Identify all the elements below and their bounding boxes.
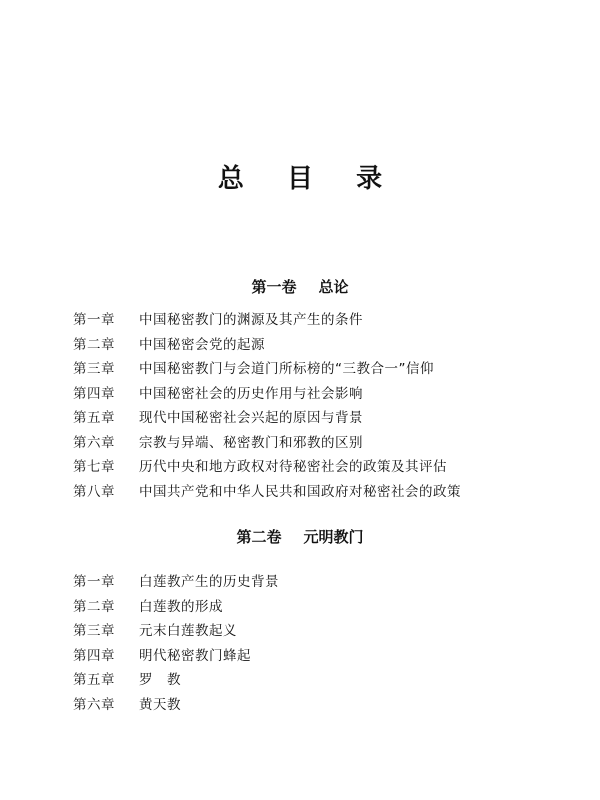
chapter-number: 第六章: [73, 431, 139, 456]
volume-heading-2: 第二卷元明教门: [0, 526, 600, 547]
chapter-item[interactable]: 第三章元末白莲教起义: [73, 619, 279, 644]
chapter-title: 现代中国秘密社会兴起的原因与背景: [139, 410, 363, 426]
chapter-title: 元末白莲教起义: [139, 623, 237, 639]
chapter-number: 第五章: [73, 668, 139, 693]
chapter-number: 第五章: [73, 406, 139, 431]
chapter-number: 第七章: [73, 455, 139, 480]
chapter-number: 第八章: [73, 480, 139, 505]
title-char: 总: [218, 158, 244, 195]
chapter-number: 第一章: [73, 308, 139, 333]
chapter-item[interactable]: 第六章黄天教: [73, 693, 279, 718]
chapter-title: 宗教与异端、秘密教门和邪教的区别: [139, 435, 363, 451]
volume-heading-1: 第一卷总论: [0, 276, 600, 297]
chapter-number: 第三章: [73, 619, 139, 644]
chapter-item[interactable]: 第五章现代中国秘密社会兴起的原因与背景: [73, 406, 461, 431]
chapter-title: 中国秘密会党的起源: [139, 337, 265, 353]
volume-1-chapter-list: 第一章中国秘密教门的渊源及其产生的条件 第二章中国秘密会党的起源 第三章中国秘密…: [73, 308, 461, 504]
chapter-item[interactable]: 第一章中国秘密教门的渊源及其产生的条件: [73, 308, 461, 333]
page-title: 总 目 录: [0, 158, 600, 195]
title-char: 录: [356, 158, 382, 195]
volume-name: 元明教门: [304, 528, 364, 546]
chapter-title: 罗 教: [139, 672, 181, 688]
chapter-item[interactable]: 第四章明代秘密教门蜂起: [73, 644, 279, 669]
chapter-title: 白莲教的形成: [139, 599, 223, 615]
chapter-number: 第四章: [73, 382, 139, 407]
chapter-number: 第二章: [73, 333, 139, 358]
chapter-title: 中国秘密教门与会道门所标榜的“三教合一”信仰: [139, 361, 434, 377]
chapter-item[interactable]: 第八章中国共产党和中华人民共和国政府对秘密社会的政策: [73, 480, 461, 505]
volume-number: 第二卷: [236, 528, 281, 546]
chapter-item[interactable]: 第六章宗教与异端、秘密教门和邪教的区别: [73, 431, 461, 456]
chapter-title: 黄天教: [139, 697, 181, 713]
chapter-number: 第三章: [73, 357, 139, 382]
chapter-item[interactable]: 第二章中国秘密会党的起源: [73, 333, 461, 358]
chapter-title: 中国共产党和中华人民共和国政府对秘密社会的政策: [139, 484, 461, 500]
chapter-title: 历代中央和地方政权对待秘密社会的政策及其评估: [139, 459, 447, 475]
chapter-number: 第四章: [73, 644, 139, 669]
volume-number: 第一卷: [251, 278, 296, 296]
chapter-number: 第六章: [73, 693, 139, 718]
chapter-title: 中国秘密社会的历史作用与社会影响: [139, 386, 363, 402]
chapter-item[interactable]: 第一章白莲教产生的历史背景: [73, 570, 279, 595]
chapter-item[interactable]: 第七章历代中央和地方政权对待秘密社会的政策及其评估: [73, 455, 461, 480]
volume-2-chapter-list: 第一章白莲教产生的历史背景 第二章白莲教的形成 第三章元末白莲教起义 第四章明代…: [73, 570, 279, 717]
chapter-item[interactable]: 第二章白莲教的形成: [73, 595, 279, 620]
chapter-number: 第一章: [73, 570, 139, 595]
volume-name: 总论: [319, 278, 349, 296]
chapter-item[interactable]: 第五章罗 教: [73, 668, 279, 693]
chapter-title: 明代秘密教门蜂起: [139, 648, 251, 664]
title-char: 目: [287, 158, 313, 195]
chapter-title: 白莲教产生的历史背景: [139, 574, 279, 590]
chapter-title: 中国秘密教门的渊源及其产生的条件: [139, 312, 363, 328]
chapter-number: 第二章: [73, 595, 139, 620]
chapter-item[interactable]: 第四章中国秘密社会的历史作用与社会影响: [73, 382, 461, 407]
chapter-item[interactable]: 第三章中国秘密教门与会道门所标榜的“三教合一”信仰: [73, 357, 461, 382]
